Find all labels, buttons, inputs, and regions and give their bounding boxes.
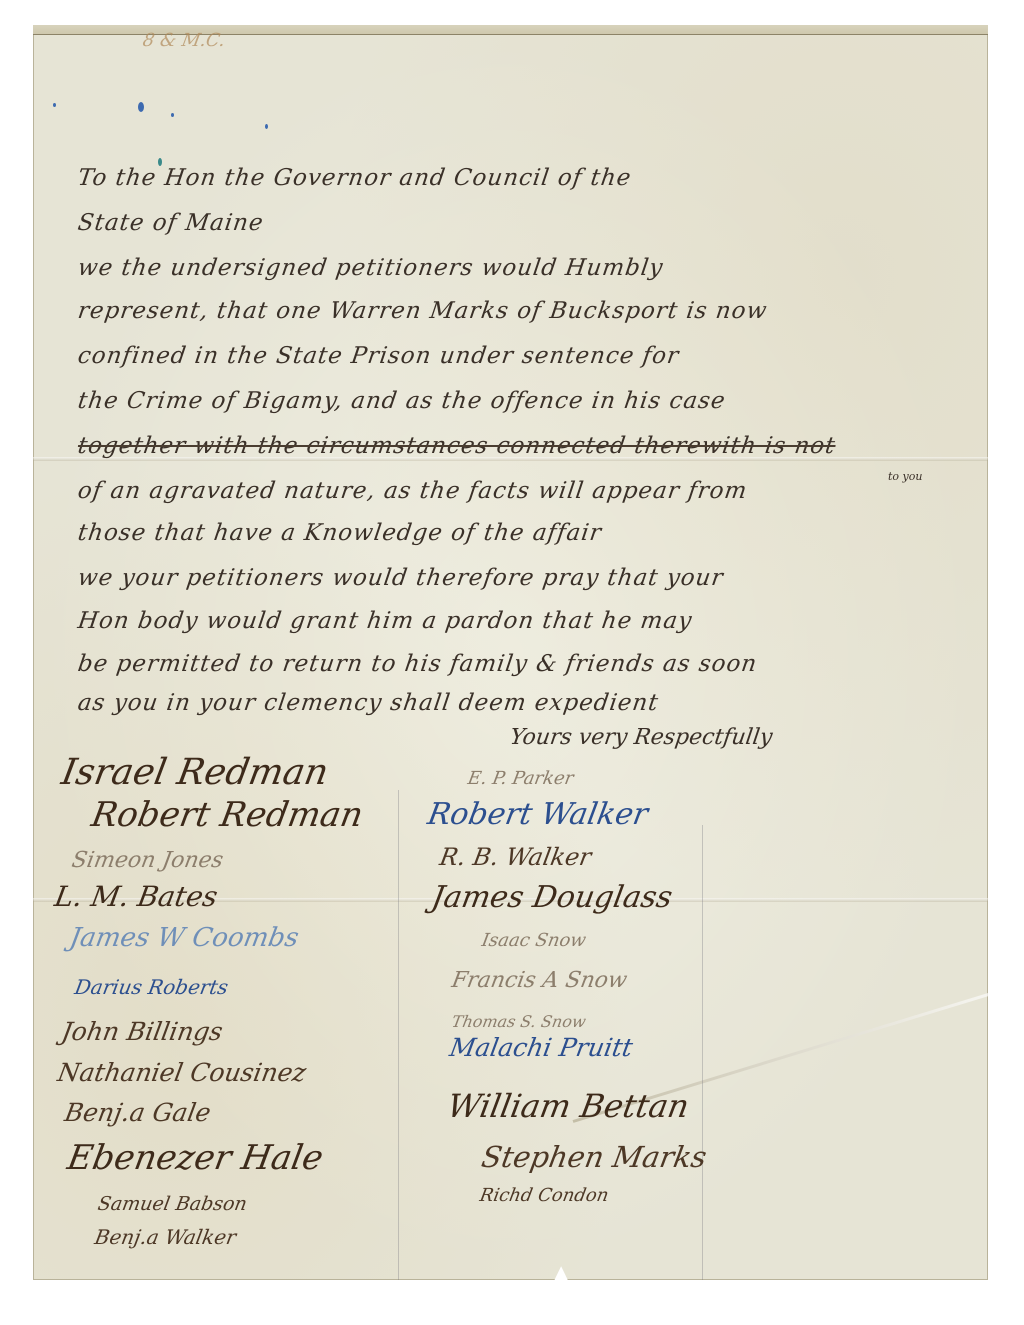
signature: Stephen Marks — [479, 1140, 709, 1174]
signature: Francis A Snow — [450, 968, 629, 993]
body-line: the Crime of Bigamy, and as the offence … — [76, 388, 727, 414]
top-margin-note: 8 & M.C. — [141, 30, 227, 51]
signature: Isaac Snow — [480, 930, 587, 951]
ink-blot — [53, 103, 56, 107]
signature: Malachi Pruitt — [447, 1033, 635, 1062]
signature: Robert Walker — [425, 797, 651, 832]
closing-salutation: Yours very Respectfully — [508, 725, 774, 750]
body-line: be permitted to return to his family & f… — [76, 651, 759, 677]
interlinear-insertion: to you — [888, 470, 922, 483]
body-line: together with the circumstances connecte… — [76, 433, 837, 459]
signature: William Bettan — [445, 1087, 692, 1125]
signature: James Douglass — [429, 880, 675, 915]
body-line: confined in the State Prison under sente… — [76, 343, 681, 369]
body-line: represent, that one Warren Marks of Buck… — [76, 298, 769, 324]
body-line: we the undersigned petitioners would Hum… — [76, 255, 665, 281]
signature: Benj.a Walker — [93, 1225, 238, 1249]
signature: Simeon Jones — [70, 848, 225, 873]
signature: Israel Redman — [58, 752, 331, 793]
body-line: as you in your clemency shall deem exped… — [76, 690, 660, 716]
body-line: of an agravated nature, as the facts wil… — [76, 478, 749, 504]
body-line: To the Hon the Governor and Council of t… — [76, 165, 633, 191]
ink-blot — [171, 113, 174, 117]
signature: Ebenezer Hale — [64, 1138, 326, 1178]
signature: R. B. Walker — [438, 843, 594, 871]
body-line: Hon body would grant him a pardon that h… — [76, 608, 694, 634]
signature: Benj.a Gale — [62, 1098, 213, 1127]
signature: James W Coombs — [67, 923, 301, 953]
signature: E. P. Parker — [466, 768, 575, 789]
column-rule-left — [398, 790, 399, 1280]
body-line: State of Maine — [76, 210, 265, 236]
signature: Thomas S. Snow — [450, 1012, 587, 1031]
signature: John Billings — [59, 1017, 225, 1046]
signature: Darius Roberts — [73, 975, 230, 999]
signature: Robert Redman — [88, 795, 366, 835]
signature: L. M. Bates — [52, 880, 220, 913]
signature: Samuel Babson — [96, 1193, 249, 1215]
signature: Richd Condon — [478, 1185, 610, 1206]
column-rule-right — [702, 825, 703, 1280]
ink-blot — [265, 124, 268, 129]
body-line: we your petitioners would therefore pray… — [76, 565, 725, 591]
signature: Nathaniel Cousinez — [55, 1058, 308, 1087]
body-line: those that have a Knowledge of the affai… — [76, 520, 603, 546]
ink-blot — [138, 102, 144, 112]
